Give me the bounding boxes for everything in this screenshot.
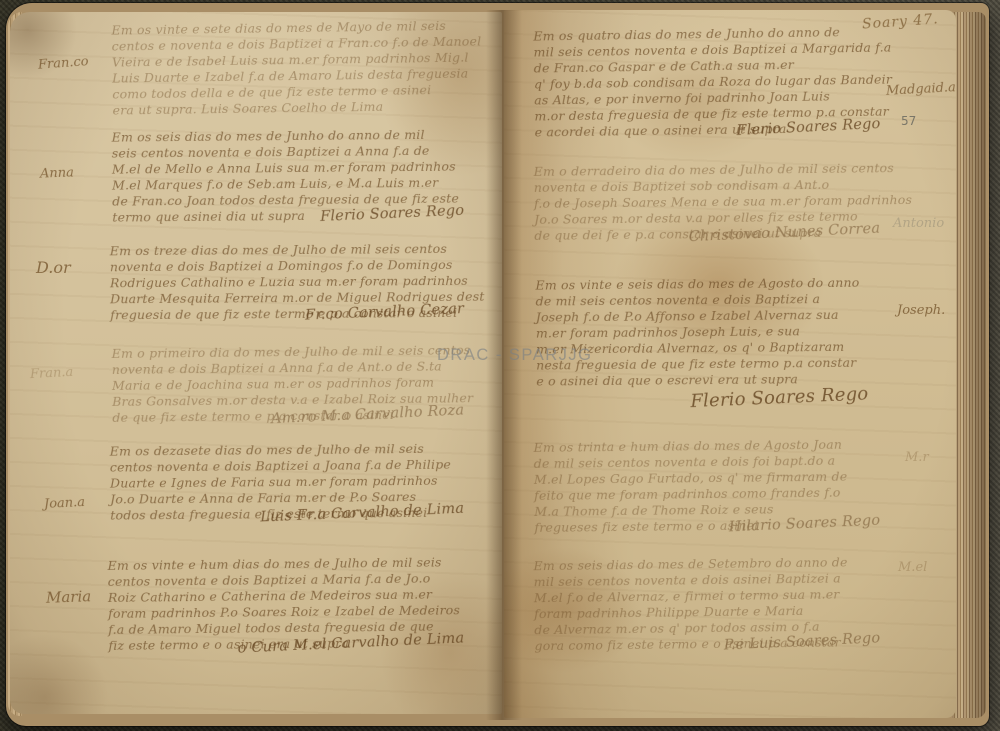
margin-note: Anna: [40, 165, 74, 181]
manuscript-photo: Soary 47. 57 Fran.co Anna D.or Fran.a Jo…: [0, 0, 1000, 731]
margin-note: Joseph.: [897, 303, 945, 318]
baptism-entry: Em os vinte e hum dias do mes de Julho d…: [107, 554, 478, 656]
baptism-entry: Em o primeiro dia do mes de Julho de mil…: [112, 342, 479, 428]
baptism-entry: Em os treze dias do mes de Julho de mil …: [110, 241, 479, 326]
margin-note: Maria: [46, 587, 92, 607]
entry-line: Duarte e Ignes de Faria sua m.er foram p…: [110, 472, 478, 491]
pencil-foliation-number: 57: [901, 114, 916, 128]
baptism-entry: Em o derradeiro dia do mes de Julho de m…: [534, 160, 895, 246]
margin-note: Antonio: [893, 216, 944, 231]
margin-note: Fran.a: [30, 365, 74, 382]
entry-lines: Em os vinte e seis dias do mes de Agosto…: [535, 274, 894, 389]
baptism-entry: Em os vinte e sete dias do mes de Mayo d…: [111, 17, 478, 118]
baptism-entry: Em os trinta e hum dias do mes de Agosto…: [533, 436, 894, 538]
margin-note: M.el: [898, 560, 927, 575]
fore-edge-page-stack: [952, 12, 986, 718]
margin-note: Joan.a: [44, 495, 86, 512]
baptism-entry: Em os dezasete dias do mes de Julho de m…: [110, 440, 479, 525]
margin-note: D.or: [36, 258, 71, 277]
baptism-entry: Em os seis dias do mes de Setembro do an…: [533, 554, 894, 656]
digitization-watermark: DRAC - SPARJJG: [437, 346, 592, 365]
entry-line: Em os vinte e seis dias do mes de Agosto…: [535, 274, 893, 293]
baptism-entry: Em os seis dias do mes de Junho do anno …: [112, 126, 479, 227]
baptism-entry: Em os vinte e seis dias do mes de Agosto…: [535, 274, 894, 412]
entry-lines: Em os vinte e sete dias do mes de Mayo d…: [111, 17, 478, 118]
baptism-entry: Em os quatro dias do mes de Junho do ann…: [533, 23, 895, 142]
margin-note: M.r: [905, 450, 929, 465]
